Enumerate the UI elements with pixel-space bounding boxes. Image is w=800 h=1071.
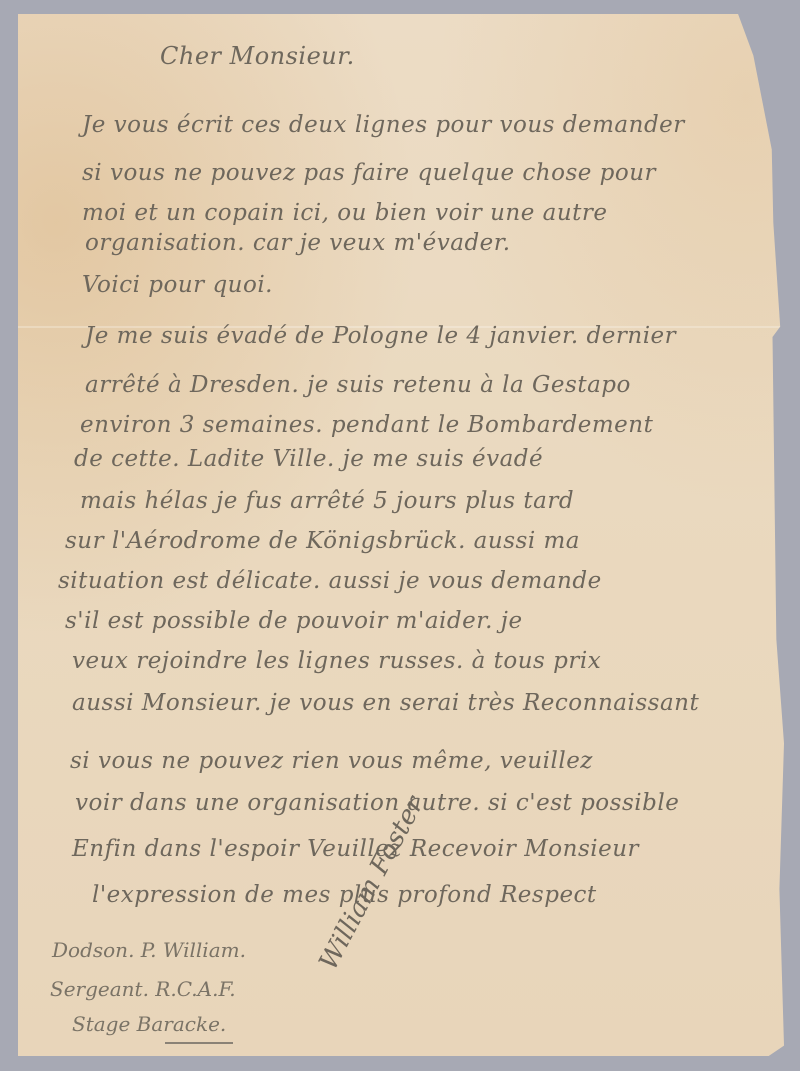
location-underline xyxy=(165,1042,233,1044)
body-line-15: aussi Monsieur. je vous en serai très Re… xyxy=(72,690,699,716)
body-line-12: situation est délicate. aussi je vous de… xyxy=(58,568,602,594)
body-line-17: voir dans une organisation autre. si c'e… xyxy=(75,790,679,816)
body-line-8: environ 3 semaines. pendant le Bombardem… xyxy=(80,412,653,438)
body-line-4: organisation. car je veux m'évader. xyxy=(85,230,511,256)
body-line-7: arrêté à Dresden. je suis retenu à la Ge… xyxy=(85,372,631,398)
sender-rank: Sergeant. R.C.A.F. xyxy=(50,977,236,1001)
body-line-9: de cette. Ladite Ville. je me suis évadé xyxy=(74,446,543,472)
salutation: Cher Monsieur. xyxy=(160,42,355,70)
sender-name: Dodson. P. William. xyxy=(52,938,246,962)
body-line-14: veux rejoindre les lignes russes. à tous… xyxy=(72,648,601,674)
body-line-18: Enfin dans l'espoir Veuillez Recevoir Mo… xyxy=(72,836,639,862)
sender-location: Stage Baracke. xyxy=(72,1012,226,1036)
body-line-3: moi et un copain ici, ou bien voir une a… xyxy=(82,200,608,226)
body-line-16: si vous ne pouvez rien vous même, veuill… xyxy=(70,748,593,774)
body-line-10: mais hélas je fus arrêté 5 jours plus ta… xyxy=(80,488,574,514)
body-line-5: Voici pour quoi. xyxy=(82,272,273,298)
body-line-13: s'il est possible de pouvoir m'aider. je xyxy=(65,608,523,634)
body-line-2: si vous ne pouvez pas faire quelque chos… xyxy=(82,160,656,186)
body-line-6: Je me suis évadé de Pologne le 4 janvier… xyxy=(85,323,676,349)
body-line-11: sur l'Aérodrome de Königsbrück. aussi ma xyxy=(65,528,580,554)
body-line-1: Je vous écrit ces deux lignes pour vous … xyxy=(82,112,685,138)
